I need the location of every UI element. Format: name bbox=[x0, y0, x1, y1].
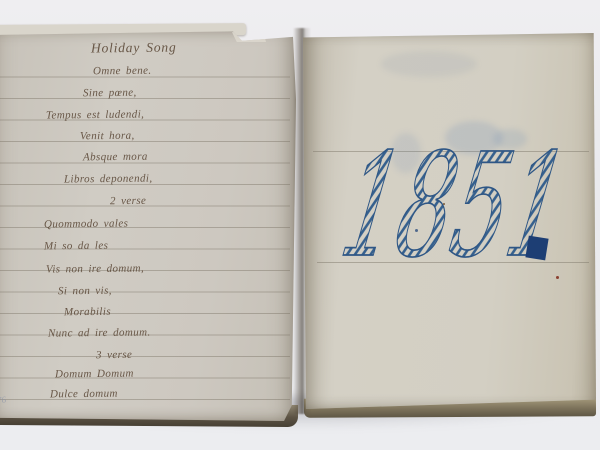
lyric-line: Absque mora bbox=[83, 151, 148, 164]
ruled-lines bbox=[0, 56, 290, 408]
verse-marker: 2 verse bbox=[110, 195, 146, 207]
lyric-line: Sine pœne, bbox=[83, 87, 137, 100]
right-page: 1851 bbox=[303, 33, 596, 409]
lyric-line: Morabilis bbox=[64, 306, 111, 318]
lyric-line: Si non vis, bbox=[58, 285, 112, 298]
song-title: Holiday Song bbox=[91, 40, 177, 57]
ink-dot bbox=[415, 229, 418, 232]
lyric-line: Dulce domum bbox=[50, 388, 118, 401]
verse-marker: 3 verse bbox=[96, 349, 132, 361]
left-page: Holiday Song Omne bene. Sine pœne, Tempu… bbox=[0, 29, 296, 421]
ink-bleed-ghost bbox=[381, 51, 477, 77]
photo-background: Holiday Song Omne bene. Sine pœne, Tempu… bbox=[0, 0, 600, 450]
lyric-line: Venit hora, bbox=[80, 130, 135, 143]
lyric-line: Omne bene. bbox=[93, 65, 152, 78]
lyric-line: Mi so da les bbox=[44, 240, 108, 253]
red-speck bbox=[556, 276, 559, 279]
lyric-line: Libros deponendi, bbox=[64, 173, 153, 186]
lyric-line: Domum Domum bbox=[55, 368, 134, 381]
lyric-line: Vis non ire domum, bbox=[46, 262, 144, 275]
lyric-line: Tempus est ludendi, bbox=[46, 108, 144, 121]
blue-ink-seal-square bbox=[525, 236, 548, 261]
brown-speck bbox=[443, 203, 445, 205]
lyric-line: Quommodo vales bbox=[44, 218, 128, 231]
lyric-line: Nunc ad ire domum. bbox=[48, 326, 151, 339]
year-numerals-artwork: 1851 bbox=[327, 133, 589, 275]
open-notebook: Holiday Song Omne bene. Sine pœne, Tempu… bbox=[0, 0, 600, 450]
